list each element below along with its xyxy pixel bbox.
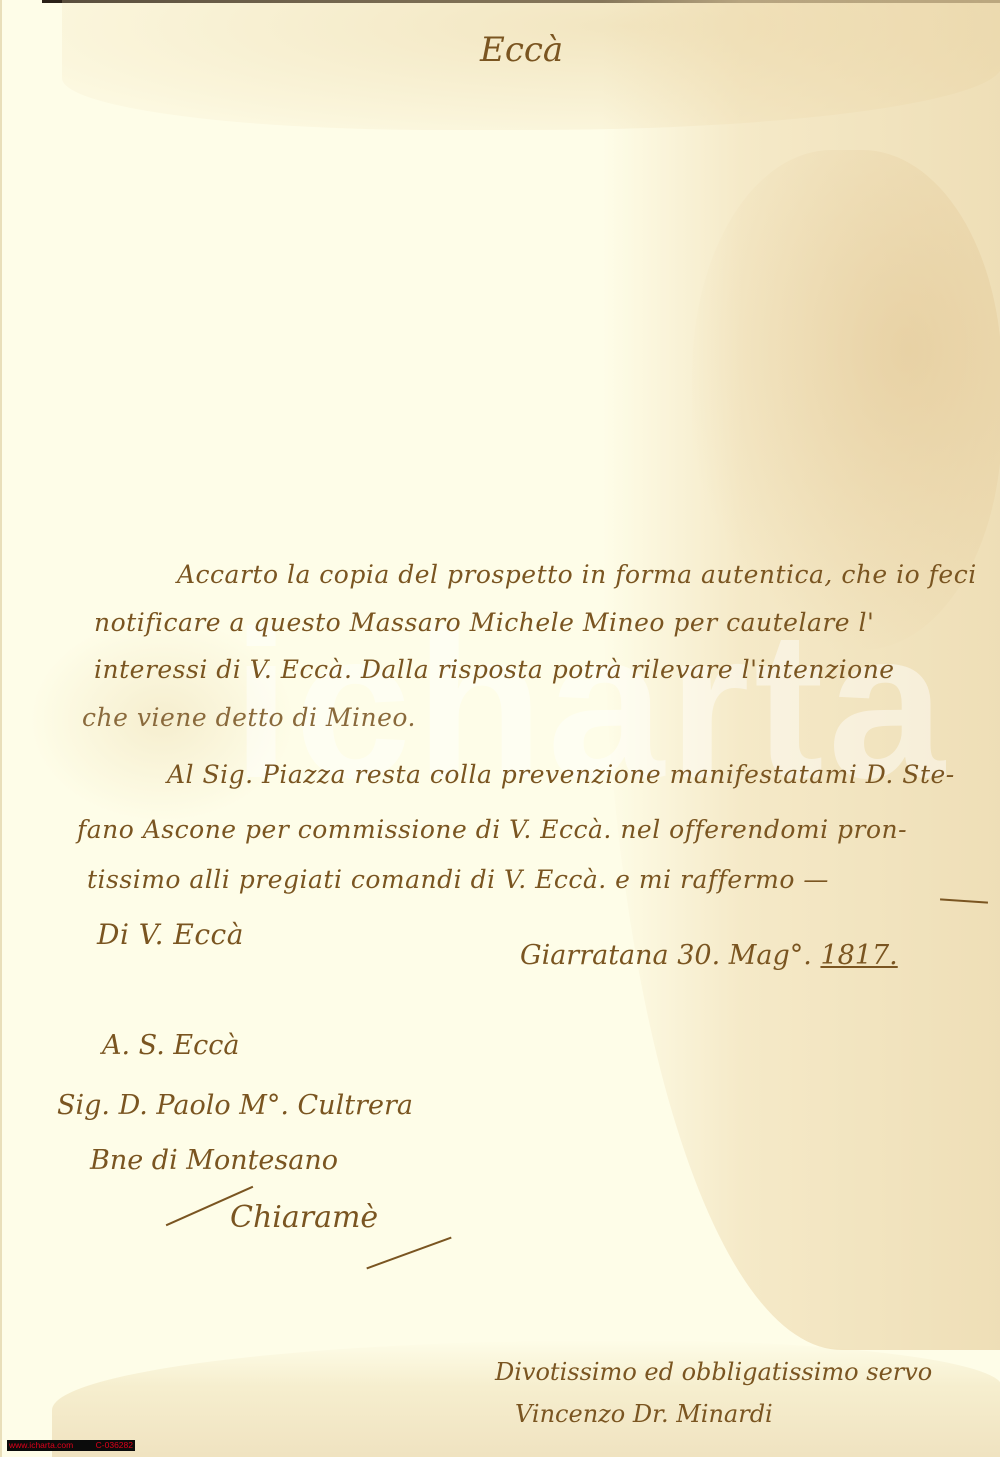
- letter-page: icharta Eccà Accarto la copia del prospe…: [0, 0, 1000, 1457]
- address-line-2: Sig. D. Paolo M°. Cultrera: [57, 1090, 413, 1121]
- signature-name: Vincenzo Dr. Minardi: [515, 1400, 773, 1428]
- address-flourish-2: [366, 1237, 451, 1270]
- date-year: 1817.: [820, 940, 897, 971]
- badge-code: C-036282: [96, 1440, 133, 1451]
- source-badge: www.icharta.com C-036282: [7, 1440, 135, 1451]
- letter-heading: Eccà: [480, 30, 563, 70]
- body-line-1: Accarto la copia del prospetto in forma …: [177, 560, 977, 589]
- signature-closing: Divotissimo ed obbligatissimo servo: [495, 1358, 932, 1386]
- body-line-2: notificare a questo Massaro Michele Mine…: [94, 608, 874, 637]
- body-line-6: fano Ascone per commissione di V. Eccà. …: [77, 815, 907, 844]
- body-line-5: Al Sig. Piazza resta colla prevenzione m…: [167, 760, 955, 789]
- body-line-8: Di V. Eccà: [97, 918, 244, 951]
- address-line-3: Bne di Montesano: [90, 1145, 338, 1176]
- body-line-4: che viene detto di Mineo.: [82, 703, 416, 732]
- address-line-1: A. S. Eccà: [102, 1030, 239, 1061]
- badge-site: www.icharta.com: [9, 1440, 73, 1451]
- date-place: Giarratana 30. Mag°.: [520, 940, 812, 971]
- body-line-7: tissimo alli pregiati comandi di V. Eccà…: [87, 865, 829, 894]
- body-line-3: interessi di V. Eccà. Dalla risposta pot…: [94, 655, 895, 684]
- letter-date: Giarratana 30. Mag°. 1817.: [520, 940, 898, 971]
- address-line-4: Chiaramè: [230, 1200, 378, 1235]
